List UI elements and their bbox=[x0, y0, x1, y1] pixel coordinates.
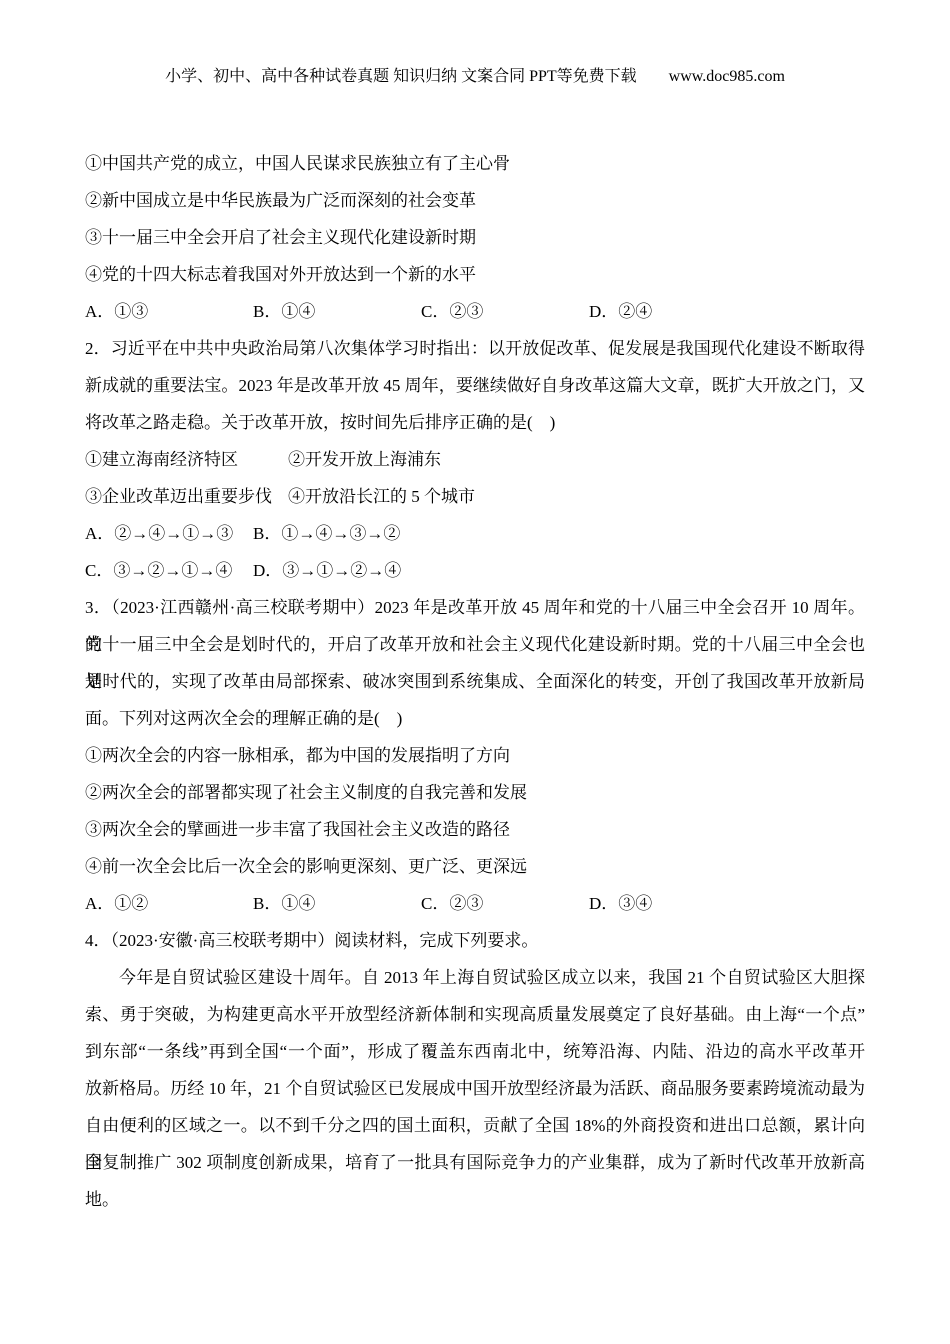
q3-stem-line-4: 面。下列对这两次全会的理解正确的是( ) bbox=[85, 700, 865, 737]
q3-choice-4: ④前一次全会比后一次全会的影响更深刻、更广泛、更深远 bbox=[85, 848, 865, 885]
q3-answer-options-cell-3: C．②③ bbox=[421, 885, 589, 922]
q2-items-row-2-cell-1: ③企业改革迈出重要步伐 bbox=[85, 478, 288, 515]
q1-answer-options-cell-1: A．①③ bbox=[85, 293, 253, 330]
q3-choice-1: ①两次全会的内容一脉相承，都为中国的发展指明了方向 bbox=[85, 737, 865, 774]
q3-answer-options-cell-2: B．①④ bbox=[253, 885, 421, 922]
header-gap bbox=[637, 68, 669, 85]
q2-stem-line-3: 将改革之路走稳。关于改革开放，按时间先后排序正确的是( ) bbox=[85, 404, 865, 441]
q3-stem-line-3: 划时代的，实现了改革由局部探索、破冰突围到系统集成、全面深化的转变，开创了我国改… bbox=[85, 663, 865, 700]
page-header: 小学、初中、高中各种试卷真题 知识归纳 文案合同 PPT等免费下载 www.do… bbox=[0, 66, 950, 88]
q2-answer-options-row-1: A．②→④→①→③B．①→④→③→② bbox=[85, 515, 865, 552]
q3-stem-line-1: 3．（2023·江西赣州·高三校联考期中）2023 年是改革开放 45 周年和党… bbox=[85, 589, 865, 626]
document-page: 小学、初中、高中各种试卷真题 知识归纳 文案合同 PPT等免费下载 www.do… bbox=[0, 0, 950, 1344]
q2-answer-options-row-2: C．③→②→①→④D．③→①→②→④ bbox=[85, 552, 865, 589]
q4-material-line-5: 自由便利的区域之一。以不到千分之四的国土面积，贡献了全国 18%的外商投资和进出… bbox=[85, 1107, 865, 1144]
q3-answer-options: A．①②B．①④C．②③D．③④ bbox=[85, 885, 865, 922]
q4-material-line-1: 今年是自贸试验区建设十周年。自 2013 年上海自贸试验区成立以来，我国 21 … bbox=[85, 959, 865, 996]
q4-material-line-7: 地。 bbox=[85, 1181, 865, 1218]
q1-answer-options: A．①③B．①④C．②③D．②④ bbox=[85, 293, 865, 330]
q2-answer-options-row-1-cell-2: B．①→④→③→② bbox=[253, 515, 421, 552]
q1-choice-1: ①中国共产党的成立，中国人民谋求民族独立有了主心骨 bbox=[85, 145, 865, 182]
header-promo-text: 小学、初中、高中各种试卷真题 知识归纳 文案合同 PPT等免费下载 bbox=[165, 68, 637, 85]
q2-answer-options-row-1-cell-1: A．②→④→①→③ bbox=[85, 515, 253, 552]
q3-answer-options-cell-4: D．③④ bbox=[589, 885, 757, 922]
q2-stem-line-1: 2．习近平在中共中央政治局第八次集体学习时指出：以开放促改革、促发展是我国现代化… bbox=[85, 330, 865, 367]
q1-answer-options-cell-3: C．②③ bbox=[421, 293, 589, 330]
q3-choice-3: ③两次全会的擘画进一步丰富了我国社会主义改造的路径 bbox=[85, 811, 865, 848]
q2-items-row-1: ①建立海南经济特区②开发开放上海浦东 bbox=[85, 441, 865, 478]
q2-items-row-2: ③企业改革迈出重要步伐④开放沿长江的 5 个城市 bbox=[85, 478, 865, 515]
document-body: ①中国共产党的成立，中国人民谋求民族独立有了主心骨②新中国成立是中华民族最为广泛… bbox=[85, 145, 865, 1218]
q2-answer-options-row-2-cell-2: D．③→①→②→④ bbox=[253, 552, 421, 589]
q2-items-row-1-cell-2: ②开发开放上海浦东 bbox=[288, 441, 491, 478]
q4-material-line-4: 放新格局。历经 10 年，21 个自贸试验区已发展成中国开放型经济最为活跃、商品… bbox=[85, 1070, 865, 1107]
q1-choice-4: ④党的十四大标志着我国对外开放达到一个新的水平 bbox=[85, 256, 865, 293]
header-site-url: www.doc985.com bbox=[669, 68, 785, 85]
q3-stem-line-2: 的十一届三中全会是划时代的，开启了改革开放和社会主义现代化建设新时期。党的十八届… bbox=[85, 626, 865, 663]
q2-items-row-1-cell-1: ①建立海南经济特区 bbox=[85, 441, 288, 478]
q2-stem-line-2: 新成就的重要法宝。2023 年是改革开放 45 周年，要继续做好自身改革这篇大文… bbox=[85, 367, 865, 404]
q3-choice-2: ②两次全会的部署都实现了社会主义制度的自我完善和发展 bbox=[85, 774, 865, 811]
q4-intro: 4．（2023·安徽·高三校联考期中）阅读材料，完成下列要求。 bbox=[85, 922, 865, 959]
q4-material-line-3: 到东部“一条线”再到全国“一个面”，形成了覆盖东西南北中，统筹沿海、内陆、沿边的… bbox=[85, 1033, 865, 1070]
q1-answer-options-cell-2: B．①④ bbox=[253, 293, 421, 330]
q1-answer-options-cell-4: D．②④ bbox=[589, 293, 757, 330]
q3-answer-options-cell-1: A．①② bbox=[85, 885, 253, 922]
q2-items-row-2-cell-2: ④开放沿长江的 5 个城市 bbox=[288, 478, 491, 515]
q4-material-line-2: 索、勇于突破，为构建更高水平开放型经济新体制和实现高质量发展奠定了良好基础。由上… bbox=[85, 996, 865, 1033]
q2-answer-options-row-2-cell-1: C．③→②→①→④ bbox=[85, 552, 253, 589]
q1-choice-2: ②新中国成立是中华民族最为广泛而深刻的社会变革 bbox=[85, 182, 865, 219]
q4-material-line-6: 国复制推广 302 项制度创新成果，培育了一批具有国际竞争力的产业集群，成为了新… bbox=[85, 1144, 865, 1181]
q1-choice-3: ③十一届三中全会开启了社会主义现代化建设新时期 bbox=[85, 219, 865, 256]
